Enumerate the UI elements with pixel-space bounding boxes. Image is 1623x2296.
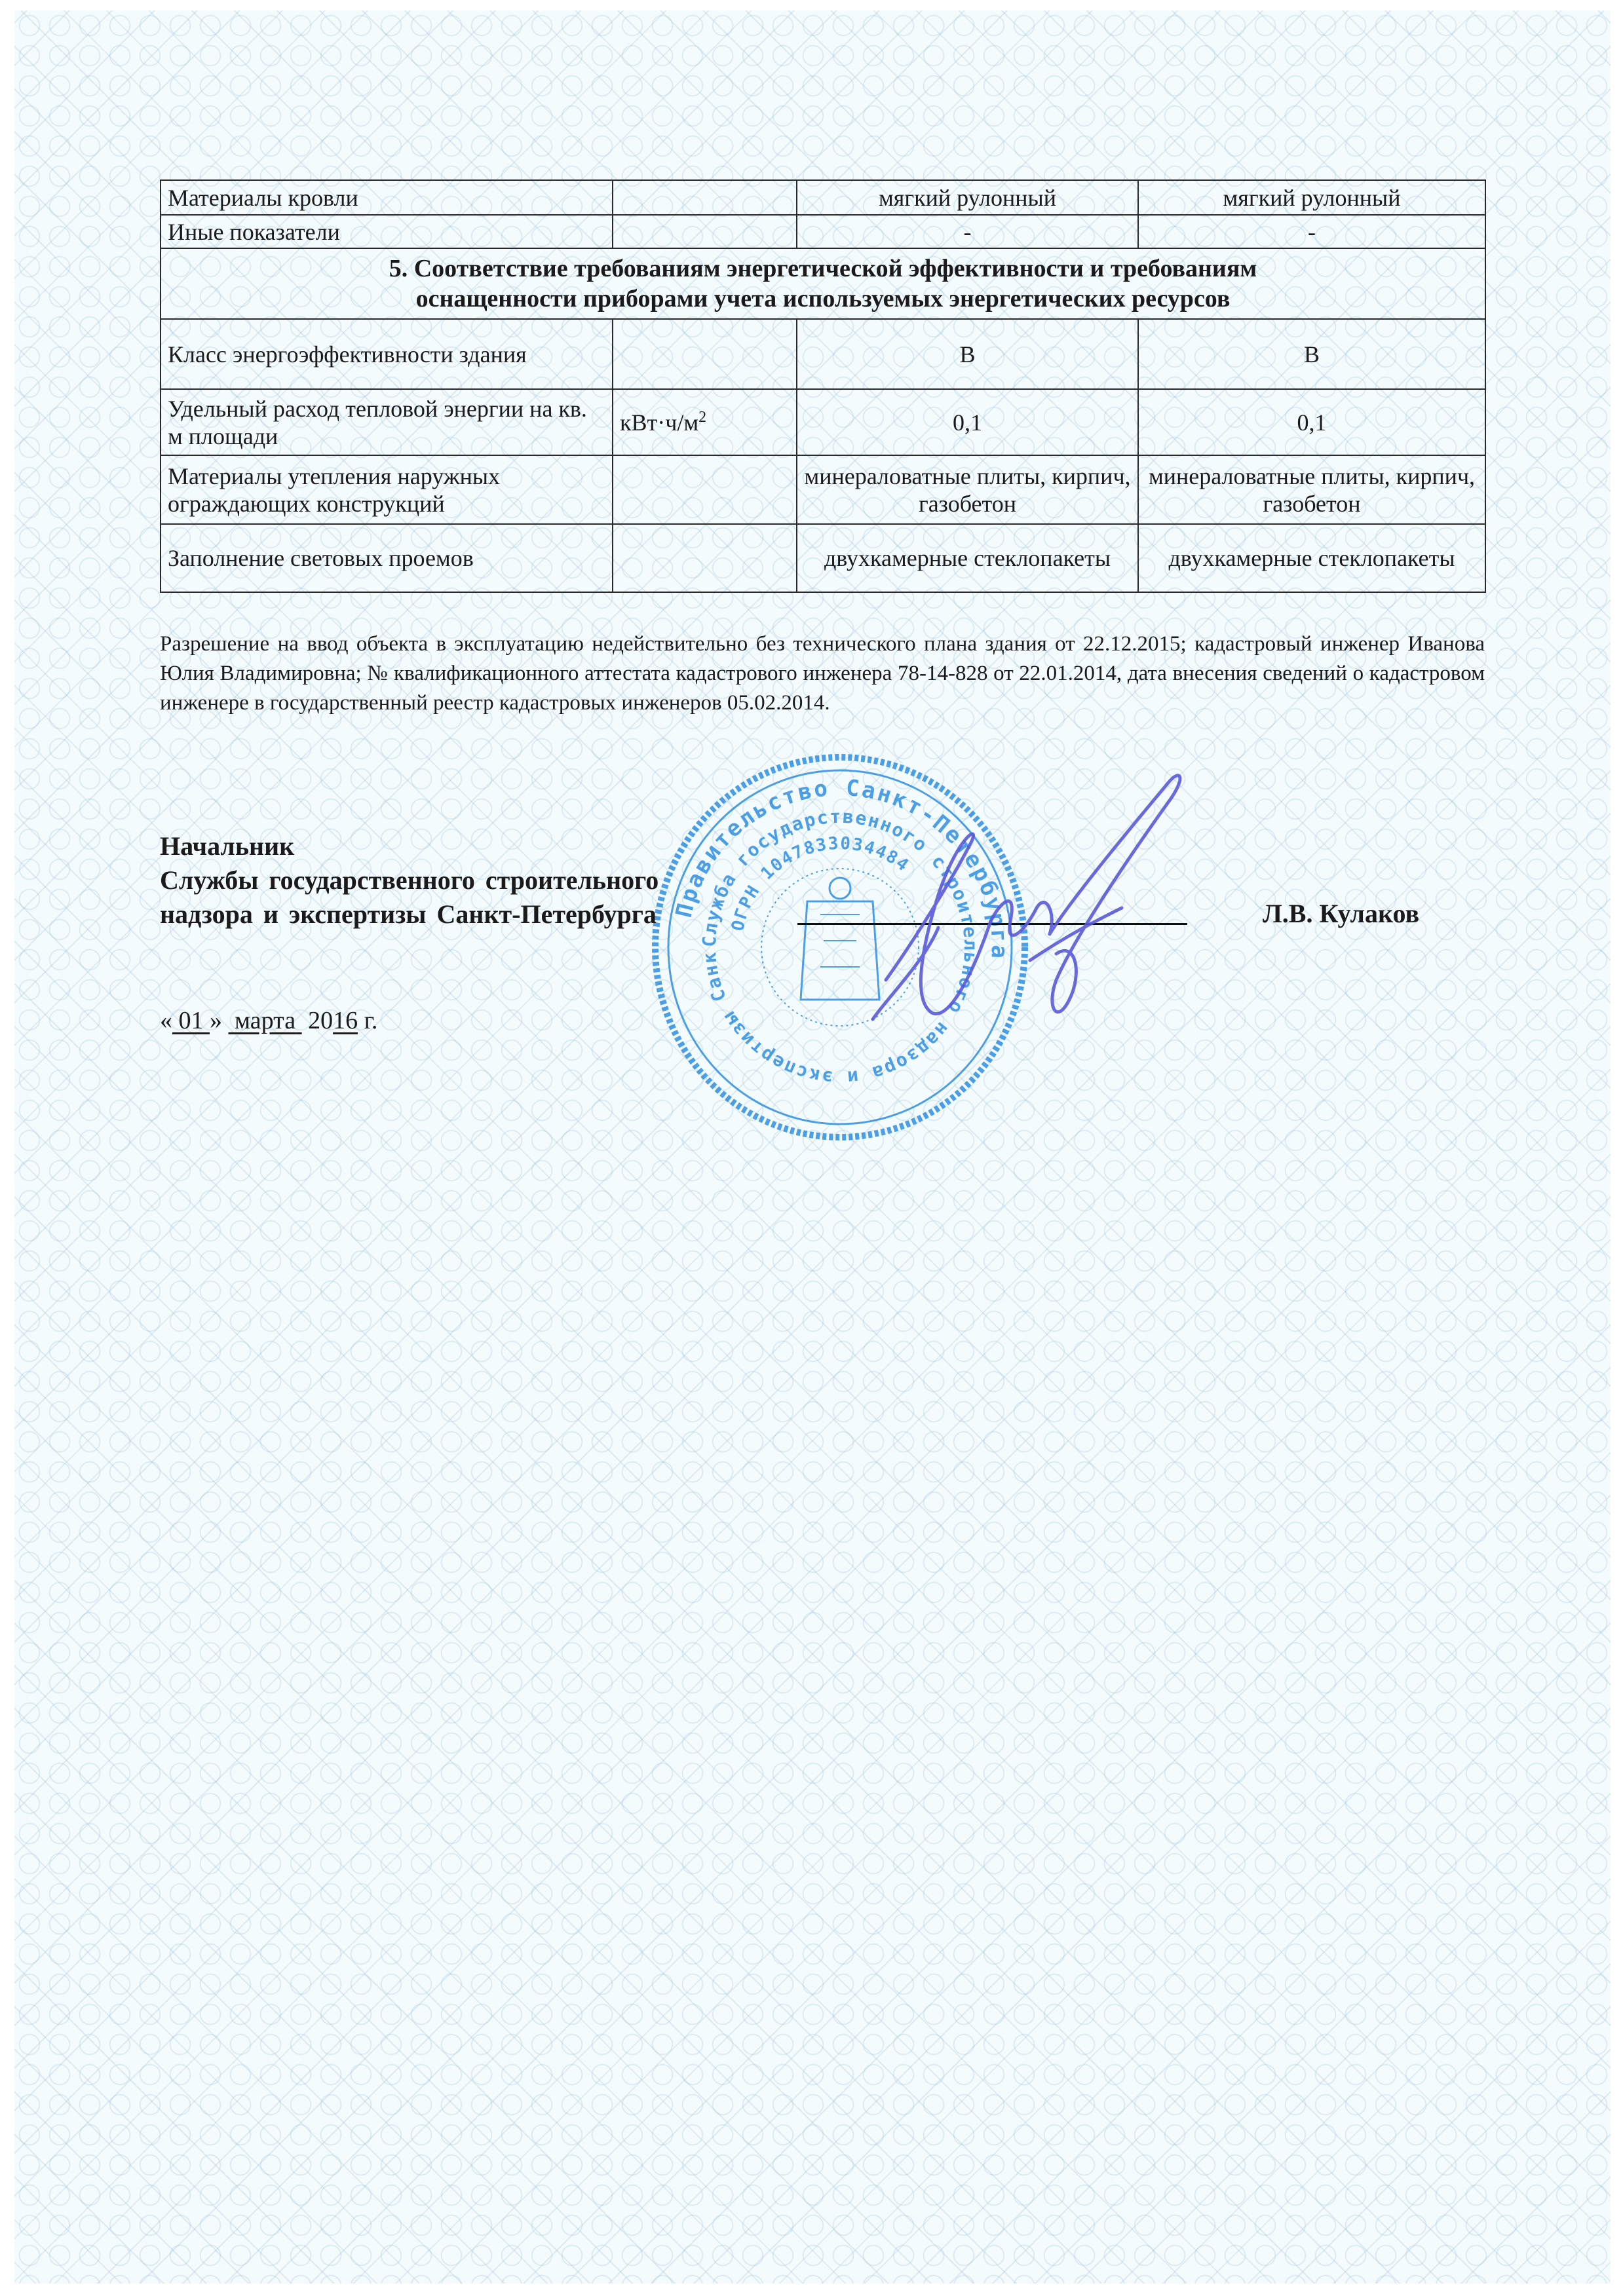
param-name: Удельный расход тепловой энергии на кв. …: [161, 389, 613, 455]
date-year-prefix: 20: [308, 1007, 333, 1034]
param-unit: [613, 215, 797, 248]
param-name: Заполнение световых проемов: [161, 524, 613, 592]
section-header-row: 5. Соответствие требованиям энергетическ…: [161, 248, 1485, 319]
issue-date: « 01 » марта 2016 г.: [160, 1006, 377, 1035]
param-name: Класс энергоэффективности здания: [161, 319, 613, 389]
param-unit: [613, 524, 797, 592]
table-row: Удельный расход тепловой энергии на кв. …: [161, 389, 1485, 455]
date-suffix: г.: [364, 1007, 378, 1034]
section-5-title: 5. Соответствие требованиям энергетическ…: [161, 248, 1485, 319]
date-year-suffix: 16: [333, 1007, 358, 1034]
param-unit: [613, 319, 797, 389]
unit-base: кВт·ч/м: [620, 409, 698, 436]
table-row: Материалы утепления наружных ограждающих…: [161, 455, 1485, 524]
param-project-value: 0,1: [797, 389, 1138, 455]
param-actual-value: -: [1138, 215, 1485, 248]
date-day: 01: [172, 1007, 210, 1034]
param-actual-value: двухкамерные стеклопакеты: [1138, 524, 1485, 592]
section-title-line: оснащенности приборами учета используемы…: [168, 284, 1478, 314]
building-parameters-table: Материалы кровли мягкий рулонный мягкий …: [160, 179, 1486, 593]
document-page: Материалы кровли мягкий рулонный мягкий …: [14, 10, 1611, 2284]
table-row: Класс энергоэффективности здания B B: [161, 319, 1485, 389]
param-unit: [613, 455, 797, 524]
signer-title-line: надзора и экспертизы Санкт-Петербурга: [160, 897, 659, 932]
param-unit: [613, 180, 797, 215]
param-actual-value: мягкий рулонный: [1138, 180, 1485, 215]
date-quote-open: «: [160, 1007, 172, 1034]
param-unit: кВт·ч/м2: [613, 389, 797, 455]
param-actual-value: B: [1138, 319, 1485, 389]
param-name: Материалы утепления наружных ограждающих…: [161, 455, 613, 524]
param-name: Материалы кровли: [161, 180, 613, 215]
validity-note: Разрешение на ввод объекта в эксплуатаци…: [160, 630, 1485, 718]
param-project-value: B: [797, 319, 1138, 389]
param-project-value: минераловатные плиты, кирпич, газобетон: [797, 455, 1138, 524]
param-name: Иные показатели: [161, 215, 613, 248]
unit-superscript: 2: [698, 409, 706, 426]
table-row: Заполнение световых проемов двухкамерные…: [161, 524, 1485, 592]
table-row: Иные показатели - -: [161, 215, 1485, 248]
param-project-value: -: [797, 215, 1138, 248]
signer-title: Начальник Службы государственного строит…: [160, 829, 659, 932]
signer-title-line: Службы государственного строительного: [160, 863, 659, 897]
param-actual-value: минераловатные плиты, кирпич, газобетон: [1138, 455, 1485, 524]
param-project-value: мягкий рулонный: [797, 180, 1138, 215]
section-title-line: 5. Соответствие требованиям энергетическ…: [168, 254, 1478, 284]
signer-name: Л.В. Кулаков: [1263, 898, 1419, 929]
date-month-value: марта: [235, 1007, 296, 1034]
table-row: Материалы кровли мягкий рулонный мягкий …: [161, 180, 1485, 215]
handwritten-signature-icon: [860, 764, 1253, 1065]
param-project-value: двухкамерные стеклопакеты: [797, 524, 1138, 592]
date-month: марта: [229, 1007, 302, 1034]
date-day-value: 01: [179, 1007, 204, 1034]
signer-title-line: Начальник: [160, 829, 659, 863]
date-quote-close: »: [210, 1007, 222, 1034]
param-actual-value: 0,1: [1138, 389, 1485, 455]
